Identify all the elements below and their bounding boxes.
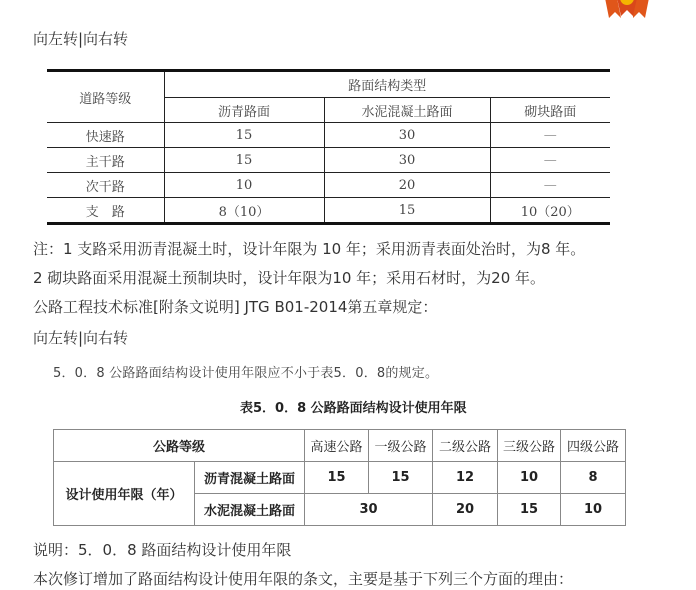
cell: 15 xyxy=(164,148,324,173)
row-label: 快速路 xyxy=(47,123,164,148)
rotate-links-2[interactable]: 向左转|向右转 xyxy=(33,328,128,348)
cell: 15 xyxy=(369,462,433,494)
header-pavement-type: 路面结构类型 xyxy=(164,71,610,98)
note-line-1: 注：1 支路采用沥青混凝土时，设计年限为 10 年；采用沥青表面处治时，为8 年… xyxy=(33,239,585,259)
cell: 15 xyxy=(324,198,490,224)
cell: — xyxy=(490,173,610,198)
header-road-grade: 道路等级 xyxy=(47,71,164,123)
table-row: 次干路 10 20 — xyxy=(47,173,610,198)
standard-reference: 公路工程技术标准[附条文说明] JTG B01-2014第五章规定： xyxy=(33,297,437,317)
cell: — xyxy=(490,123,610,148)
row-group-label: 设计使用年限（年） xyxy=(54,462,195,526)
cell: 8 xyxy=(561,462,626,494)
col-block: 砌块路面 xyxy=(490,98,610,123)
cell: 20 xyxy=(324,173,490,198)
cell: 10 xyxy=(164,173,324,198)
table2-title: 表5．0．8 公路路面结构设计使用年限 xyxy=(240,397,467,416)
table-row: 快速路 15 30 — xyxy=(47,123,610,148)
table-row: 设计使用年限（年） 沥青混凝土路面 15 15 12 10 8 xyxy=(54,462,626,494)
cell: — xyxy=(490,148,610,173)
col-concrete: 水泥混凝土路面 xyxy=(324,98,490,123)
medal-icon xyxy=(603,0,651,20)
note-line-2: 2 砌块路面采用混凝土预制块时，设计年限为10 年；采用石材时，为20 年。 xyxy=(33,268,545,288)
row-label: 支 路 xyxy=(47,198,164,224)
cell: 10 xyxy=(561,494,626,526)
cell: 10 xyxy=(498,462,561,494)
cell: 30 xyxy=(305,494,433,526)
col-class4: 四级公路 xyxy=(561,430,626,462)
header-highway-grade: 公路等级 xyxy=(54,430,305,462)
table-row: 主干路 15 30 — xyxy=(47,148,610,173)
cell: 8（10） xyxy=(164,198,324,224)
row-label: 主干路 xyxy=(47,148,164,173)
table-row: 支 路 8（10） 15 10（20） xyxy=(47,198,610,224)
row-label: 沥青混凝土路面 xyxy=(195,462,305,494)
rotate-links[interactable]: 向左转|向右转 xyxy=(33,29,128,49)
explanation-title: 说明：5．0．8 路面结构设计使用年限 xyxy=(33,540,291,560)
cell: 30 xyxy=(324,123,490,148)
cell: 12 xyxy=(433,462,498,494)
road-design-life-table: 道路等级 路面结构类型 沥青路面 水泥混凝土路面 砌块路面 快速路 15 30 … xyxy=(47,69,610,225)
row-label: 次干路 xyxy=(47,173,164,198)
col-expressway: 高速公路 xyxy=(305,430,369,462)
col-asphalt: 沥青路面 xyxy=(164,98,324,123)
clause-text: 5．0．8 公路路面结构设计使用年限应不小于表5．0．8的规定。 xyxy=(53,362,438,381)
cell: 15 xyxy=(305,462,369,494)
cell: 15 xyxy=(498,494,561,526)
col-class3: 三级公路 xyxy=(498,430,561,462)
col-class2: 二级公路 xyxy=(433,430,498,462)
cell: 15 xyxy=(164,123,324,148)
highway-design-life-table: 公路等级 高速公路 一级公路 二级公路 三级公路 四级公路 设计使用年限（年） … xyxy=(53,429,626,526)
cell: 10（20） xyxy=(490,198,610,224)
row-label: 水泥混凝土路面 xyxy=(195,494,305,526)
col-class1: 一级公路 xyxy=(369,430,433,462)
cell: 30 xyxy=(324,148,490,173)
explanation-text: 本次修订增加了路面结构设计使用年限的条文，主要是基于下列三个方面的理由： xyxy=(33,569,573,589)
cell: 20 xyxy=(433,494,498,526)
